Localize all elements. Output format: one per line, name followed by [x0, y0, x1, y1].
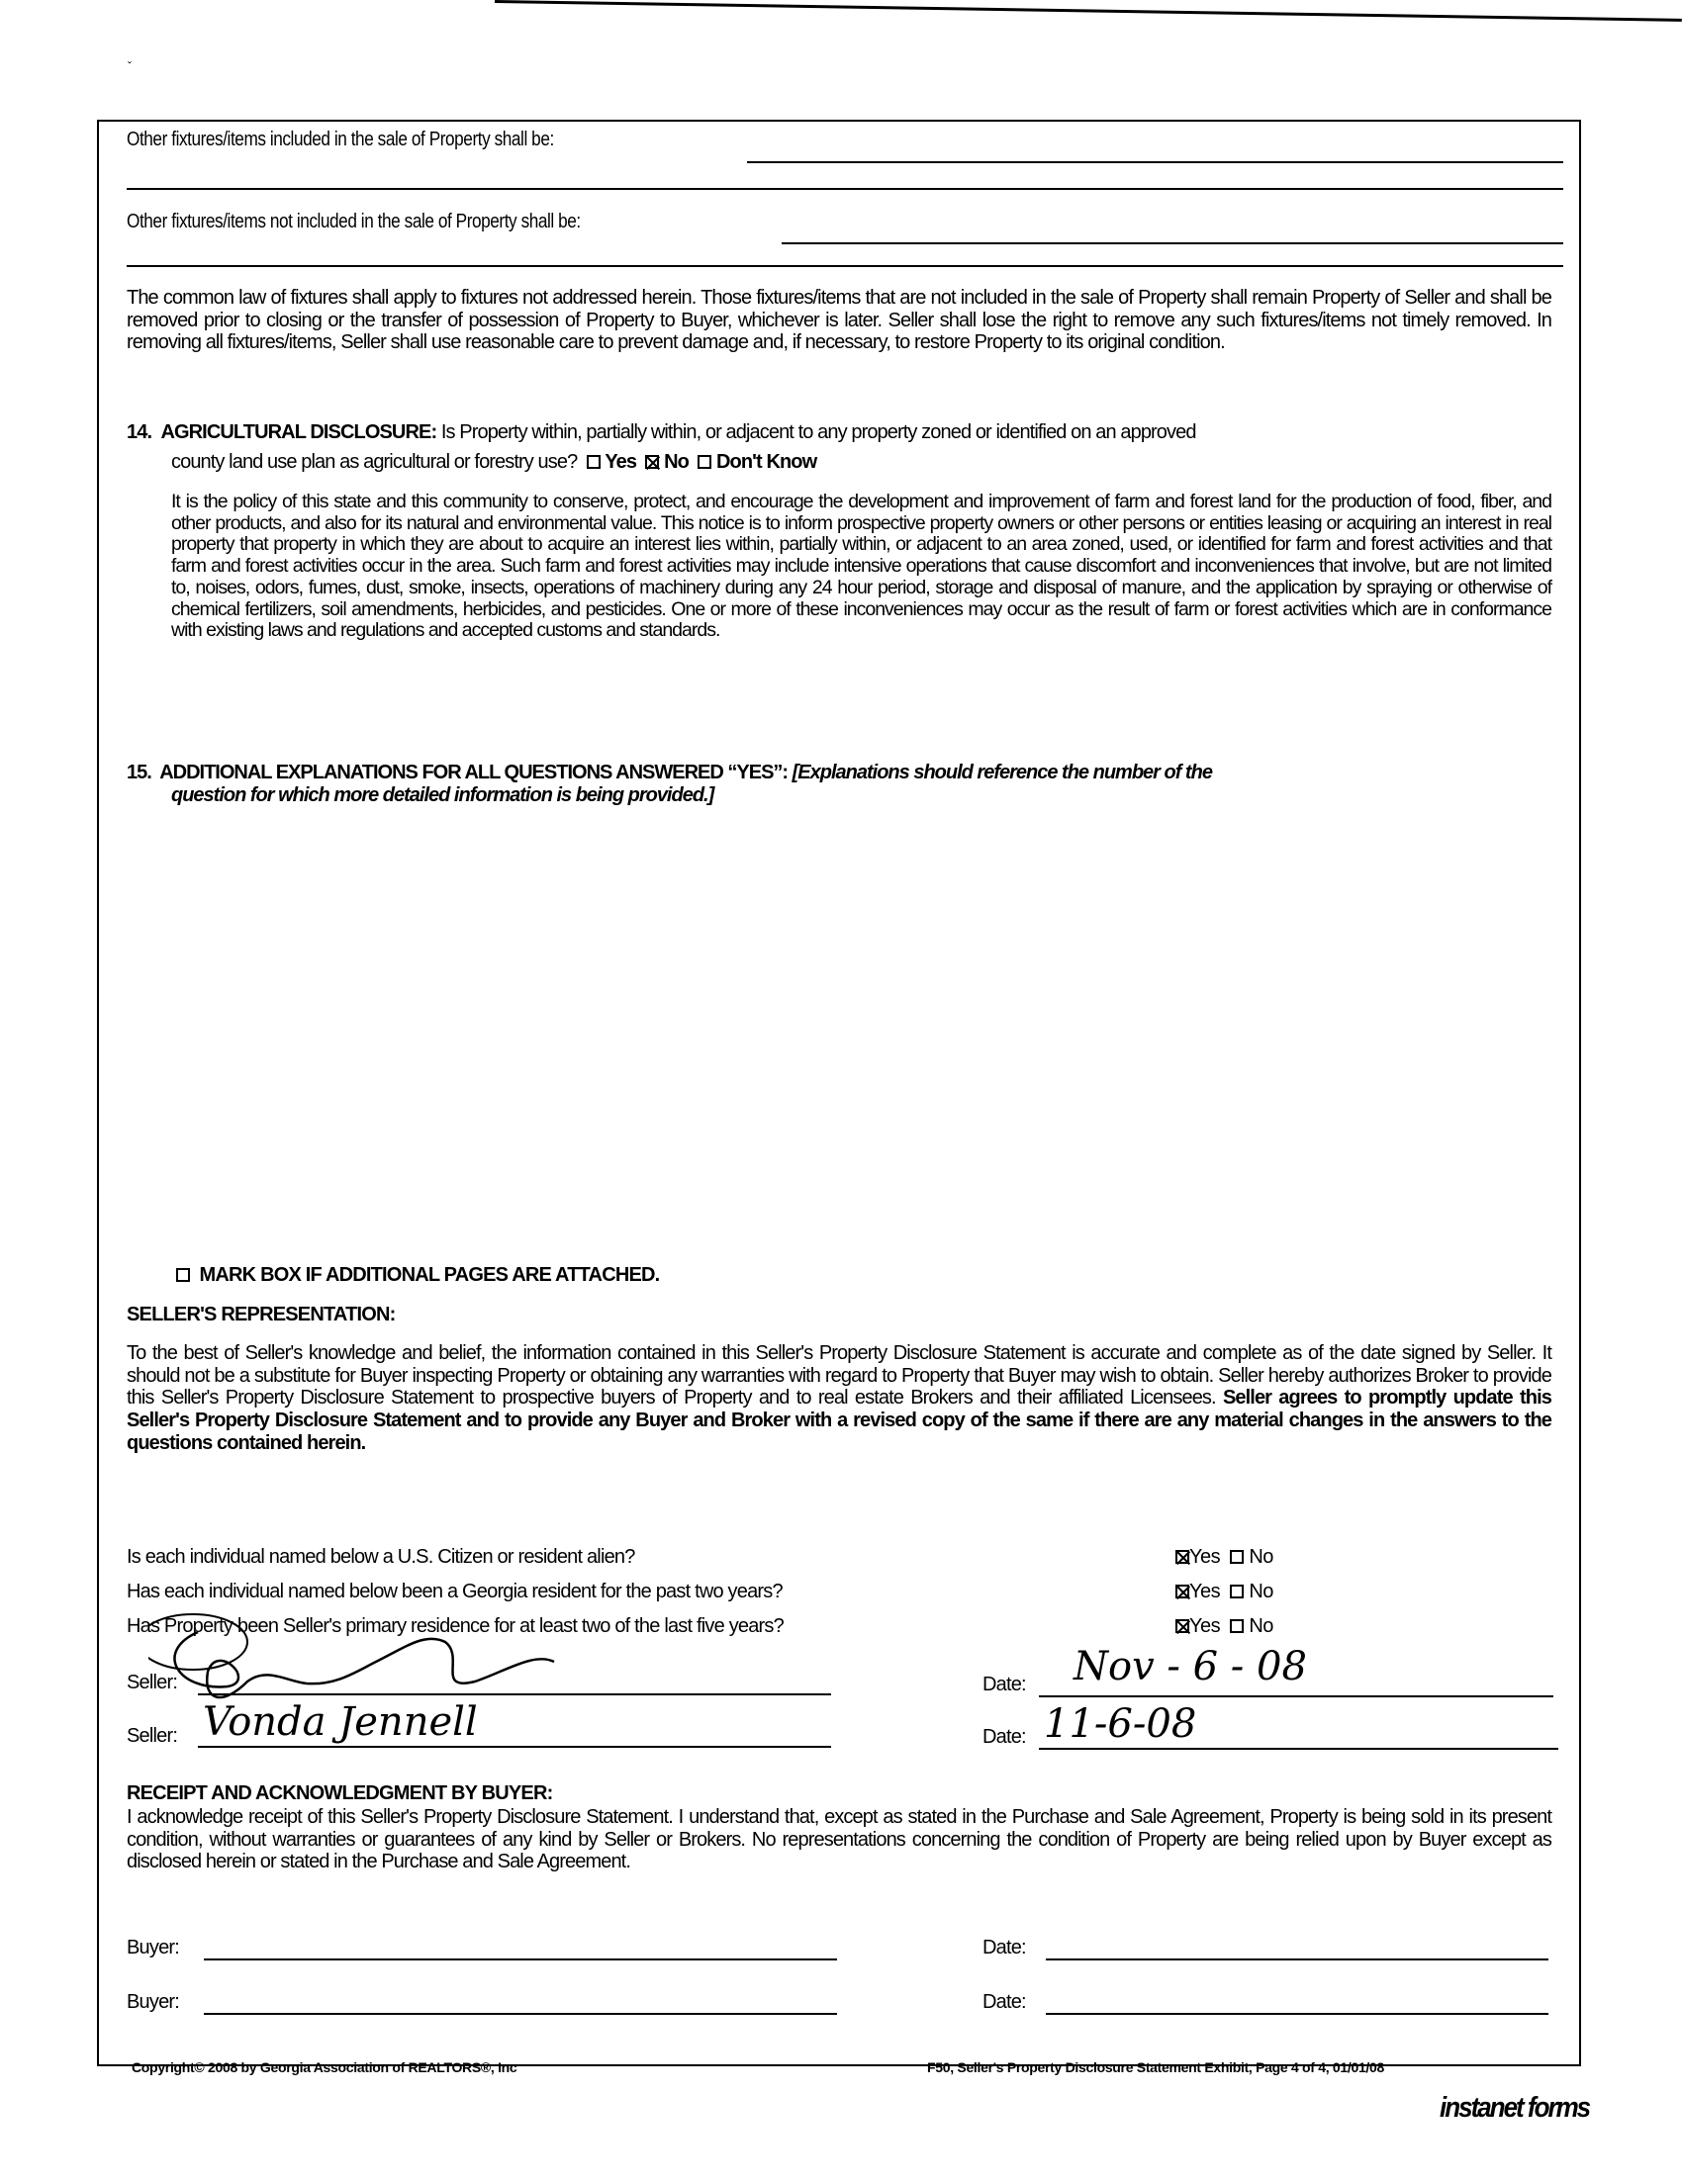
section-15-instruction-line2-wrap: question for which more detailed informa…	[171, 784, 713, 806]
residency-2-no-label: No	[1249, 1581, 1273, 1602]
buyer-2-label: Buyer:	[127, 1991, 179, 2013]
buyer-1-date-field[interactable]	[1046, 1958, 1548, 1960]
seller-1-date-label: Date:	[982, 1674, 1026, 1695]
form-identifier: F50, Seller's Property Disclosure Statem…	[927, 2059, 1384, 2075]
seller-representation-heading: SELLER'S REPRESENTATION:	[127, 1304, 396, 1325]
not-included-fixtures-field[interactable]	[782, 242, 1563, 244]
residency-2-yes-label: Yes	[1189, 1581, 1220, 1602]
section-14-question-line1: Is Property within, partially within, or…	[441, 421, 1196, 443]
seller-2-signature-field[interactable]	[198, 1746, 831, 1748]
buyer-2-date-label: Date:	[982, 1991, 1026, 2013]
section-15-heading: ADDITIONAL EXPLANATIONS FOR ALL QUESTION…	[159, 762, 788, 783]
section-14-question-line2: county land use plan as agricultural or …	[171, 451, 577, 473]
residency-3-yes-checkbox[interactable]	[1175, 1619, 1189, 1633]
residency-answer-1: Yes No	[1175, 1546, 1273, 1568]
seller-1-date-value: Nov - 6 - 08	[1074, 1644, 1307, 1689]
agri-no-checkbox[interactable]	[645, 455, 659, 469]
residency-1-no-label: No	[1249, 1546, 1273, 1568]
included-fixtures-label: Other fixtures/items included in the sal…	[127, 129, 554, 150]
scan-speck: ˇ	[128, 59, 132, 73]
not-included-fixtures-label: Other fixtures/items not included in the…	[127, 211, 581, 232]
residency-answer-2: Yes No	[1175, 1581, 1273, 1602]
additional-pages-label: MARK BOX IF ADDITIONAL PAGES ARE ATTACHE…	[200, 1264, 660, 1286]
buyer-2-signature-field[interactable]	[204, 2013, 837, 2015]
section-15-heading-block: 15. ADDITIONAL EXPLANATIONS FOR ALL QUES…	[127, 762, 1571, 783]
agri-no-label: No	[664, 451, 689, 473]
residency-1-no-checkbox[interactable]	[1230, 1550, 1244, 1564]
agri-dont-know-checkbox[interactable]	[698, 455, 711, 469]
residency-3-yes-label: Yes	[1189, 1615, 1220, 1637]
buyer-1-label: Buyer:	[127, 1937, 179, 1958]
residency-1-yes-checkbox[interactable]	[1175, 1550, 1189, 1564]
section-14-options-row: county land use plan as agricultural or …	[171, 451, 816, 473]
section-15-number: 15.	[127, 762, 151, 783]
buyer-1-signature-field[interactable]	[204, 1958, 837, 1960]
section-15-instruction-line2: question for which more detailed informa…	[171, 784, 713, 806]
section-14-question: 14. AGRICULTURAL DISCLOSURE: Is Property…	[127, 421, 1571, 443]
residency-2-no-checkbox[interactable]	[1230, 1585, 1244, 1598]
seller-2-date-label: Date:	[982, 1726, 1026, 1748]
scan-edge-line	[495, 0, 1682, 22]
buyer-1-date-label: Date:	[982, 1937, 1026, 1958]
instanet-forms-logo: instanet forms	[1440, 2090, 1589, 2124]
residency-question-2: Has each individual named below been a G…	[127, 1581, 783, 1602]
section-14-heading: AGRICULTURAL DISCLOSURE:	[160, 421, 436, 443]
residency-question-1: Is each individual named below a U.S. Ci…	[127, 1546, 635, 1568]
agri-yes-label: Yes	[605, 451, 636, 473]
residency-answer-3: Yes No	[1175, 1615, 1273, 1637]
additional-pages-checkbox[interactable]	[176, 1268, 190, 1282]
seller-1-date-field[interactable]	[1039, 1695, 1553, 1697]
section-15-instruction: [Explanations should reference the numbe…	[793, 762, 1212, 783]
seller-2-date-field[interactable]	[1039, 1748, 1558, 1750]
agricultural-policy-paragraph: It is the policy of this state and this …	[171, 492, 1551, 642]
seller-1-signature-scrawl	[148, 1612, 663, 1711]
agri-yes-checkbox[interactable]	[587, 455, 601, 469]
seller-representation-paragraph: To the best of Seller's knowledge and be…	[127, 1342, 1551, 1455]
buyer-2-date-field[interactable]	[1046, 2013, 1548, 2015]
buyer-receipt-paragraph: I acknowledge receipt of this Seller's P…	[127, 1806, 1551, 1873]
included-fixtures-field[interactable]	[747, 161, 1563, 163]
residency-3-no-checkbox[interactable]	[1230, 1619, 1244, 1633]
buyer-receipt-heading: RECEIPT AND ACKNOWLEDGMENT BY BUYER:	[127, 1782, 552, 1804]
seller-2-date-value: 11-6-08	[1044, 1701, 1196, 1747]
residency-3-no-label: No	[1249, 1615, 1273, 1637]
seller-2-label: Seller:	[127, 1725, 177, 1747]
included-fixtures-field-line2[interactable]	[127, 188, 1563, 190]
additional-explanations-area[interactable]	[127, 821, 1551, 1236]
residency-1-yes-label: Yes	[1189, 1546, 1220, 1568]
copyright-notice: Copyright© 2008 by Georgia Association o…	[132, 2059, 516, 2075]
section-14-number: 14.	[127, 421, 151, 443]
agri-dont-know-label: Don't Know	[716, 451, 816, 473]
common-law-paragraph: The common law of fixtures shall apply t…	[127, 287, 1551, 354]
additional-pages-row: MARK BOX IF ADDITIONAL PAGES ARE ATTACHE…	[176, 1264, 659, 1286]
not-included-fixtures-field-line2[interactable]	[127, 265, 1563, 267]
seller-2-signature-value: Vonda Jennell	[203, 1699, 478, 1745]
residency-2-yes-checkbox[interactable]	[1175, 1585, 1189, 1598]
